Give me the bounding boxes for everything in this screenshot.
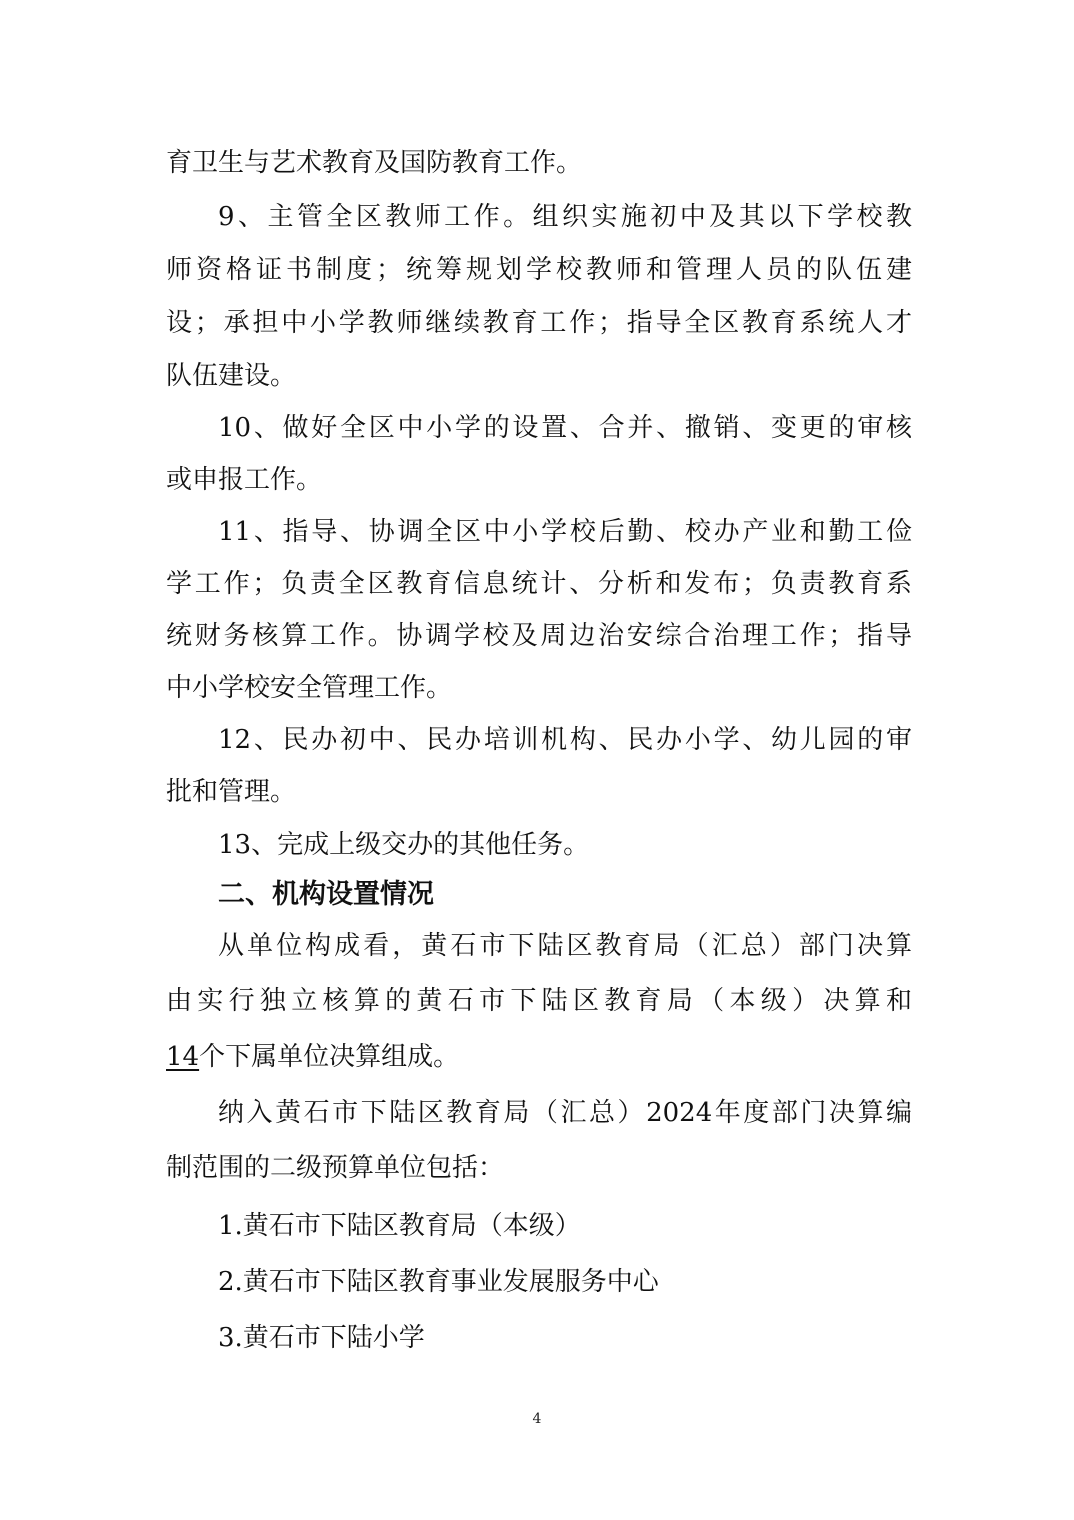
unit-list-item-1: 1.黄石市下陆区教育局（本级） bbox=[218, 1206, 912, 1246]
paragraph-structure-line2: 由实行独立核算的黄石市下陆区教育局（本级）决算和 bbox=[166, 981, 912, 1021]
paragraph-item9-line1: 9、主管全区教师工作。组织实施初中及其以下学校教 bbox=[218, 197, 912, 237]
paragraph-item11-line3: 统财务核算工作。协调学校及周边治安综合治理工作；指导 bbox=[166, 616, 912, 656]
paragraph-item9-line4: 队伍建设。 bbox=[166, 356, 912, 396]
document-page: 育卫生与艺术教育及国防教育工作。 9、主管全区教师工作。组织实施初中及其以下学校… bbox=[0, 0, 1074, 1520]
paragraph-scope-line1: 纳入黄石市下陆区教育局（汇总）2024年度部门决算编 bbox=[218, 1093, 912, 1133]
paragraph-scope-line2: 制范围的二级预算单位包括： bbox=[166, 1148, 912, 1188]
paragraph-item11-line1: 11、指导、协调全区中小学校后勤、校办产业和勤工俭 bbox=[218, 512, 912, 552]
paragraph-item11-line4: 中小学校安全管理工作。 bbox=[166, 668, 912, 708]
paragraph-item11-line2: 学工作；负责全区教育信息统计、分析和发布；负责教育系 bbox=[166, 564, 912, 604]
paragraph-structure-line1: 从单位构成看，黄石市下陆区教育局（汇总）部门决算 bbox=[218, 926, 912, 966]
paragraph-item10-line1: 10、做好全区中小学的设置、合并、撤销、变更的审核 bbox=[218, 408, 912, 448]
unit-list-item-3: 3.黄石市下陆小学 bbox=[218, 1318, 912, 1358]
paragraph-item9-line3: 设；承担中小学教师继续教育工作；指导全区教育系统人才 bbox=[166, 303, 912, 343]
paragraph-item13-line1: 13、完成上级交办的其他任务。 bbox=[218, 825, 912, 865]
paragraph-item9-line2: 师资格证书制度；统筹规划学校教师和管理人员的队伍建 bbox=[166, 250, 912, 290]
subordinate-unit-count: 14 bbox=[166, 1042, 199, 1072]
paragraph-line-item8-continuation: 育卫生与艺术教育及国防教育工作。 bbox=[166, 143, 912, 183]
paragraph-item12-line2: 批和管理。 bbox=[166, 772, 912, 812]
section-heading: 二、机构设置情况 bbox=[218, 875, 912, 915]
paragraph-item12-line1: 12、民办初中、民办培训机构、民办小学、幼儿园的审 bbox=[218, 720, 912, 760]
paragraph-structure-line3-text: 个下属单位决算组成。 bbox=[199, 1042, 459, 1072]
paragraph-item10-line2: 或申报工作。 bbox=[166, 460, 912, 500]
page-number: 4 bbox=[527, 1409, 547, 1429]
unit-list-item-2: 2.黄石市下陆区教育事业发展服务中心 bbox=[218, 1262, 912, 1302]
paragraph-structure-line3: 14个下属单位决算组成。 bbox=[166, 1037, 912, 1077]
